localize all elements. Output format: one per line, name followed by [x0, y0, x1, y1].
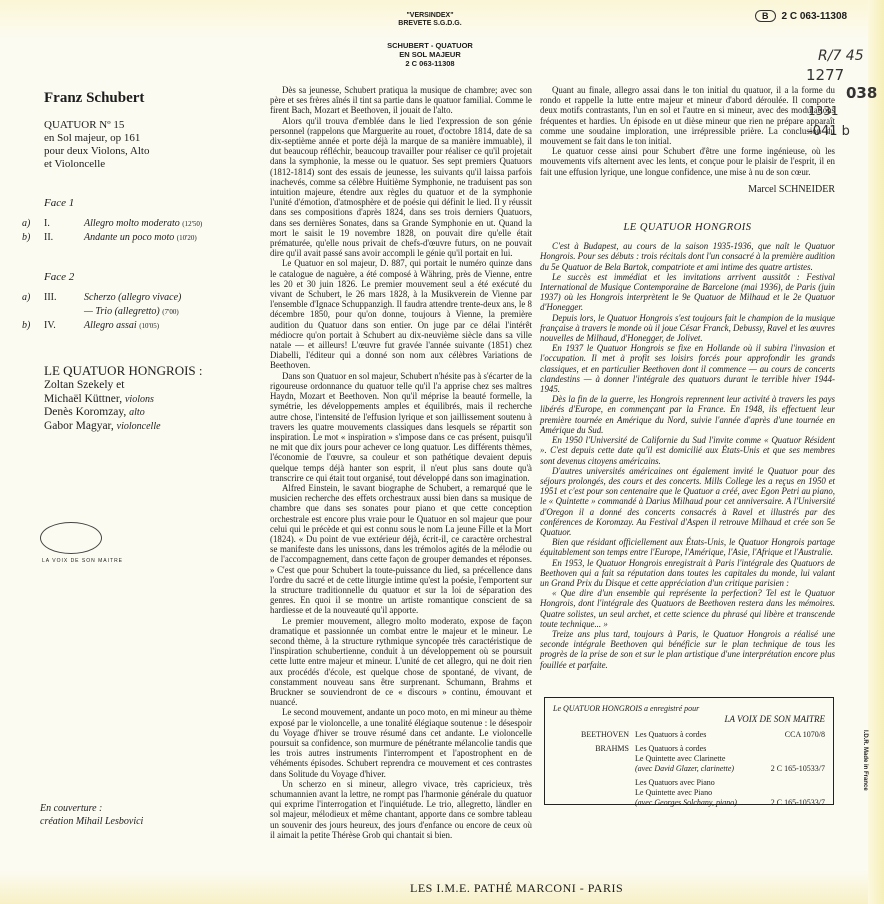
cover-credit: En couverture : création Mihail Lesbovic…	[40, 802, 143, 828]
paragraph: En 1953, le Quatuor Hongrois enregistrai…	[540, 558, 835, 589]
record-title: Les Quatuors à cordes	[635, 744, 755, 754]
movement-title: Andante un poco moto	[84, 232, 174, 243]
discography-list: BEETHOVENLes Quatuors à cordesCCA 1070/8…	[553, 730, 825, 808]
movement: a)I.Allegro molto moderato (12'50)	[44, 217, 259, 231]
spine-title-line: EN SOL MAJEUR	[360, 50, 500, 59]
movement-number: I.	[44, 217, 50, 231]
work-number: QUATUOR Nº 15	[44, 119, 259, 132]
record-row: (avec David Glazer, clarinette)2 C 165-1…	[553, 764, 825, 774]
movement: a)III.Scherzo (allegro vivace)— Trio (al…	[44, 291, 259, 319]
record-composer	[553, 754, 635, 764]
member-name: Denès Koromzay,	[44, 406, 129, 418]
paragraph: En 1950 l'Université de Californie du Su…	[540, 435, 835, 466]
spine-text: I.D.R. Made in France	[862, 730, 868, 791]
face-label: Face 1	[44, 197, 259, 209]
movement-duration: (10'20)	[177, 234, 197, 242]
paragraph: Dès sa jeunesse, Schubert pratiqua la mu…	[270, 85, 532, 116]
versindex-label: "VERSINDEX" BREVETE S.G.D.G.	[380, 12, 480, 28]
movement-letter: b)	[22, 319, 30, 333]
paragraph: Le second mouvement, andante un poco mot…	[270, 707, 532, 778]
record-row: BEETHOVENLes Quatuors à cordesCCA 1070/8	[553, 730, 825, 740]
paragraph: En 1937 le Quatuor Hongrois se fixe en H…	[540, 343, 835, 394]
movement-letter: a)	[22, 291, 30, 305]
movement: b)IV.Allegro assai (10'05)	[44, 319, 259, 333]
publisher-footer: LES I.M.E. PATHÉ MARCONI - PARIS	[410, 881, 623, 896]
his-masters-voice-logo	[40, 522, 102, 554]
movement-number: II.	[44, 231, 53, 245]
paragraph: Le premier mouvement, allegro molto mode…	[270, 616, 532, 708]
face-label: Face 2	[44, 271, 259, 283]
record-composer: BEETHOVEN	[553, 730, 635, 740]
work-title: QUATUOR Nº 15 en Sol majeur, op 161 pour…	[44, 119, 259, 171]
notes-continued: Quant au finale, allegro assai dans le t…	[540, 85, 835, 177]
record-row: Le Quintette avec Piano	[553, 788, 825, 798]
paragraph: Alors qu'il trouva d'emblée dans le lied…	[270, 116, 532, 259]
movement-duration: (10'05)	[139, 322, 159, 330]
member-role: violons	[125, 394, 154, 405]
handwritten-note: R/7 45	[818, 48, 864, 64]
paragraph: Un scherzo en si mineur, allegro vivace,…	[270, 779, 532, 840]
paragraph: Treize ans plus tard, toujours à Paris, …	[540, 629, 835, 670]
cover-credit-line: création Mihail Lesbovici	[40, 815, 143, 828]
member-list: Zoltan Szekely et Michaël Küttner, violo…	[44, 379, 259, 433]
movement: b)II.Andante un poco moto (10'20)	[44, 231, 259, 245]
catalog-text: 2 C 063-11308	[782, 11, 848, 22]
member-name: Gabor Magyar,	[44, 420, 117, 432]
movement-number: III.	[44, 291, 57, 305]
price-badge: B	[755, 10, 776, 22]
paragraph: Le succès est immédiat et les invitation…	[540, 272, 835, 313]
record-number: CCA 1070/8	[755, 730, 825, 740]
versindex: "VERSINDEX"	[380, 12, 480, 20]
catalog-number: B 2 C 063-11308	[755, 10, 847, 22]
movement-duration: (7'00)	[162, 308, 178, 316]
sleeve-edge	[868, 0, 884, 904]
label-name: LA VOIX DE SON MAITRE	[553, 714, 825, 724]
record-title: (avec Georges Solchany, piano)	[635, 798, 755, 808]
record-number	[755, 788, 825, 798]
movement-letter: b)	[22, 231, 30, 245]
member: Zoltan Szekely et	[44, 379, 259, 393]
movement-duration: (12'50)	[182, 220, 202, 228]
record-number	[755, 754, 825, 764]
record-composer: BRAHMS	[553, 744, 635, 754]
record-title: (avec David Glazer, clarinette)	[635, 764, 755, 774]
spine-title-line: SCHUBERT - QUATUOR	[360, 41, 500, 50]
paragraph: D'autres universités américaines ont éga…	[540, 466, 835, 537]
notes-column-3: Quant au finale, allegro assai dans le t…	[540, 85, 835, 670]
record-composer	[553, 778, 635, 788]
ensemble-biography: C'est à Budapest, au cours de la saison …	[540, 241, 835, 670]
paragraph: Bien que résidant officiellement aux Éta…	[540, 537, 835, 557]
paragraph: C'est à Budapest, au cours de la saison …	[540, 241, 835, 272]
author-signature: Marcel SCHNEIDER	[540, 185, 835, 195]
member: Michaël Küttner, violons	[44, 393, 259, 407]
cover-credit-line: En couverture :	[40, 802, 143, 815]
section-title: LE QUATUOR HONGROIS	[540, 223, 835, 233]
record-title: Le Quintette avec Piano	[635, 788, 755, 798]
logo-caption: LA VOIX DE SON MAITRE	[42, 558, 123, 564]
record-title: Les Quatuors avec Piano	[635, 778, 755, 788]
member: Gabor Magyar, violoncelle	[44, 420, 259, 434]
record-number	[755, 744, 825, 754]
movement-title: Allegro assai	[84, 320, 137, 331]
record-composer	[553, 764, 635, 774]
record-composer	[553, 788, 635, 798]
record-title: Les Quatuors à cordes	[635, 730, 755, 740]
paragraph: Le Quatuor en sol majeur, D. 887, qui po…	[270, 258, 532, 370]
spine-title: SCHUBERT - QUATUOR EN SOL MAJEUR 2 C 063…	[360, 41, 500, 68]
record-number: 2 C 165-10533/7	[755, 764, 825, 774]
movement-title: Allegro molto moderato	[84, 218, 180, 229]
record-title: Le Quintette avec Clarinette	[635, 754, 755, 764]
work-line: et Violoncelle	[44, 158, 259, 171]
work-line: pour deux Violons, Alto	[44, 145, 259, 158]
ensemble-name: LE QUATUOR HONGROIS :	[44, 363, 259, 379]
record-number	[755, 778, 825, 788]
brevete: BREVETE S.G.D.G.	[380, 20, 480, 28]
record-row: (avec Georges Solchany, piano)2 C 165-10…	[553, 798, 825, 808]
notes-column-2: Dès sa jeunesse, Schubert pratiqua la mu…	[270, 85, 532, 840]
paragraph: Dans son Quatuor en sol majeur, Schubert…	[270, 371, 532, 483]
handwritten-note: 038	[846, 84, 877, 102]
record-composer	[553, 798, 635, 808]
handwritten-note: 1277	[806, 66, 844, 84]
record-row: BRAHMSLes Quatuors à cordes	[553, 744, 825, 754]
discography-box: Le QUATUOR HONGROIS a enregistré pour LA…	[544, 697, 834, 805]
paragraph: Alfred Einstein, le savant biographe de …	[270, 483, 532, 616]
member-role: alto	[129, 407, 145, 418]
track-list: Face 1a)I.Allegro molto moderato (12'50)…	[44, 197, 259, 333]
paragraph: Depuis lors, le Quatuor Hongrois s'est t…	[540, 313, 835, 344]
composer-name: Franz Schubert	[44, 90, 259, 107]
member-name: Michaël Küttner,	[44, 393, 125, 405]
movement-subtitle: — Trio (allegretto)	[84, 306, 160, 317]
left-column: Franz Schubert QUATUOR Nº 15 en Sol maje…	[44, 90, 259, 433]
work-line: en Sol majeur, op 161	[44, 132, 259, 145]
paragraph: Quant au finale, allegro assai dans le t…	[540, 85, 835, 146]
movement-title: Scherzo (allegro vivace)	[84, 292, 181, 303]
record-number: 2 C 165-10533/7	[755, 798, 825, 808]
movement-number: IV.	[44, 319, 56, 333]
discography-heading: Le QUATUOR HONGROIS a enregistré pour	[553, 704, 825, 714]
member-name: Zoltan Szekely et	[44, 379, 124, 391]
paragraph: « Que dire d'un ensemble qui représente …	[540, 588, 835, 629]
movement-letter: a)	[22, 217, 30, 231]
record-row: Les Quatuors avec Piano	[553, 778, 825, 788]
spine-title-line: 2 C 063-11308	[360, 59, 500, 68]
record-row: Le Quintette avec Clarinette	[553, 754, 825, 764]
paragraph: Dès la fin de la guerre, les Hongrois re…	[540, 394, 835, 435]
member-role: violoncelle	[117, 421, 161, 432]
member: Denès Koromzay, alto	[44, 406, 259, 420]
paragraph: Le quatuor cesse ainsi pour Schubert d'ê…	[540, 146, 835, 177]
